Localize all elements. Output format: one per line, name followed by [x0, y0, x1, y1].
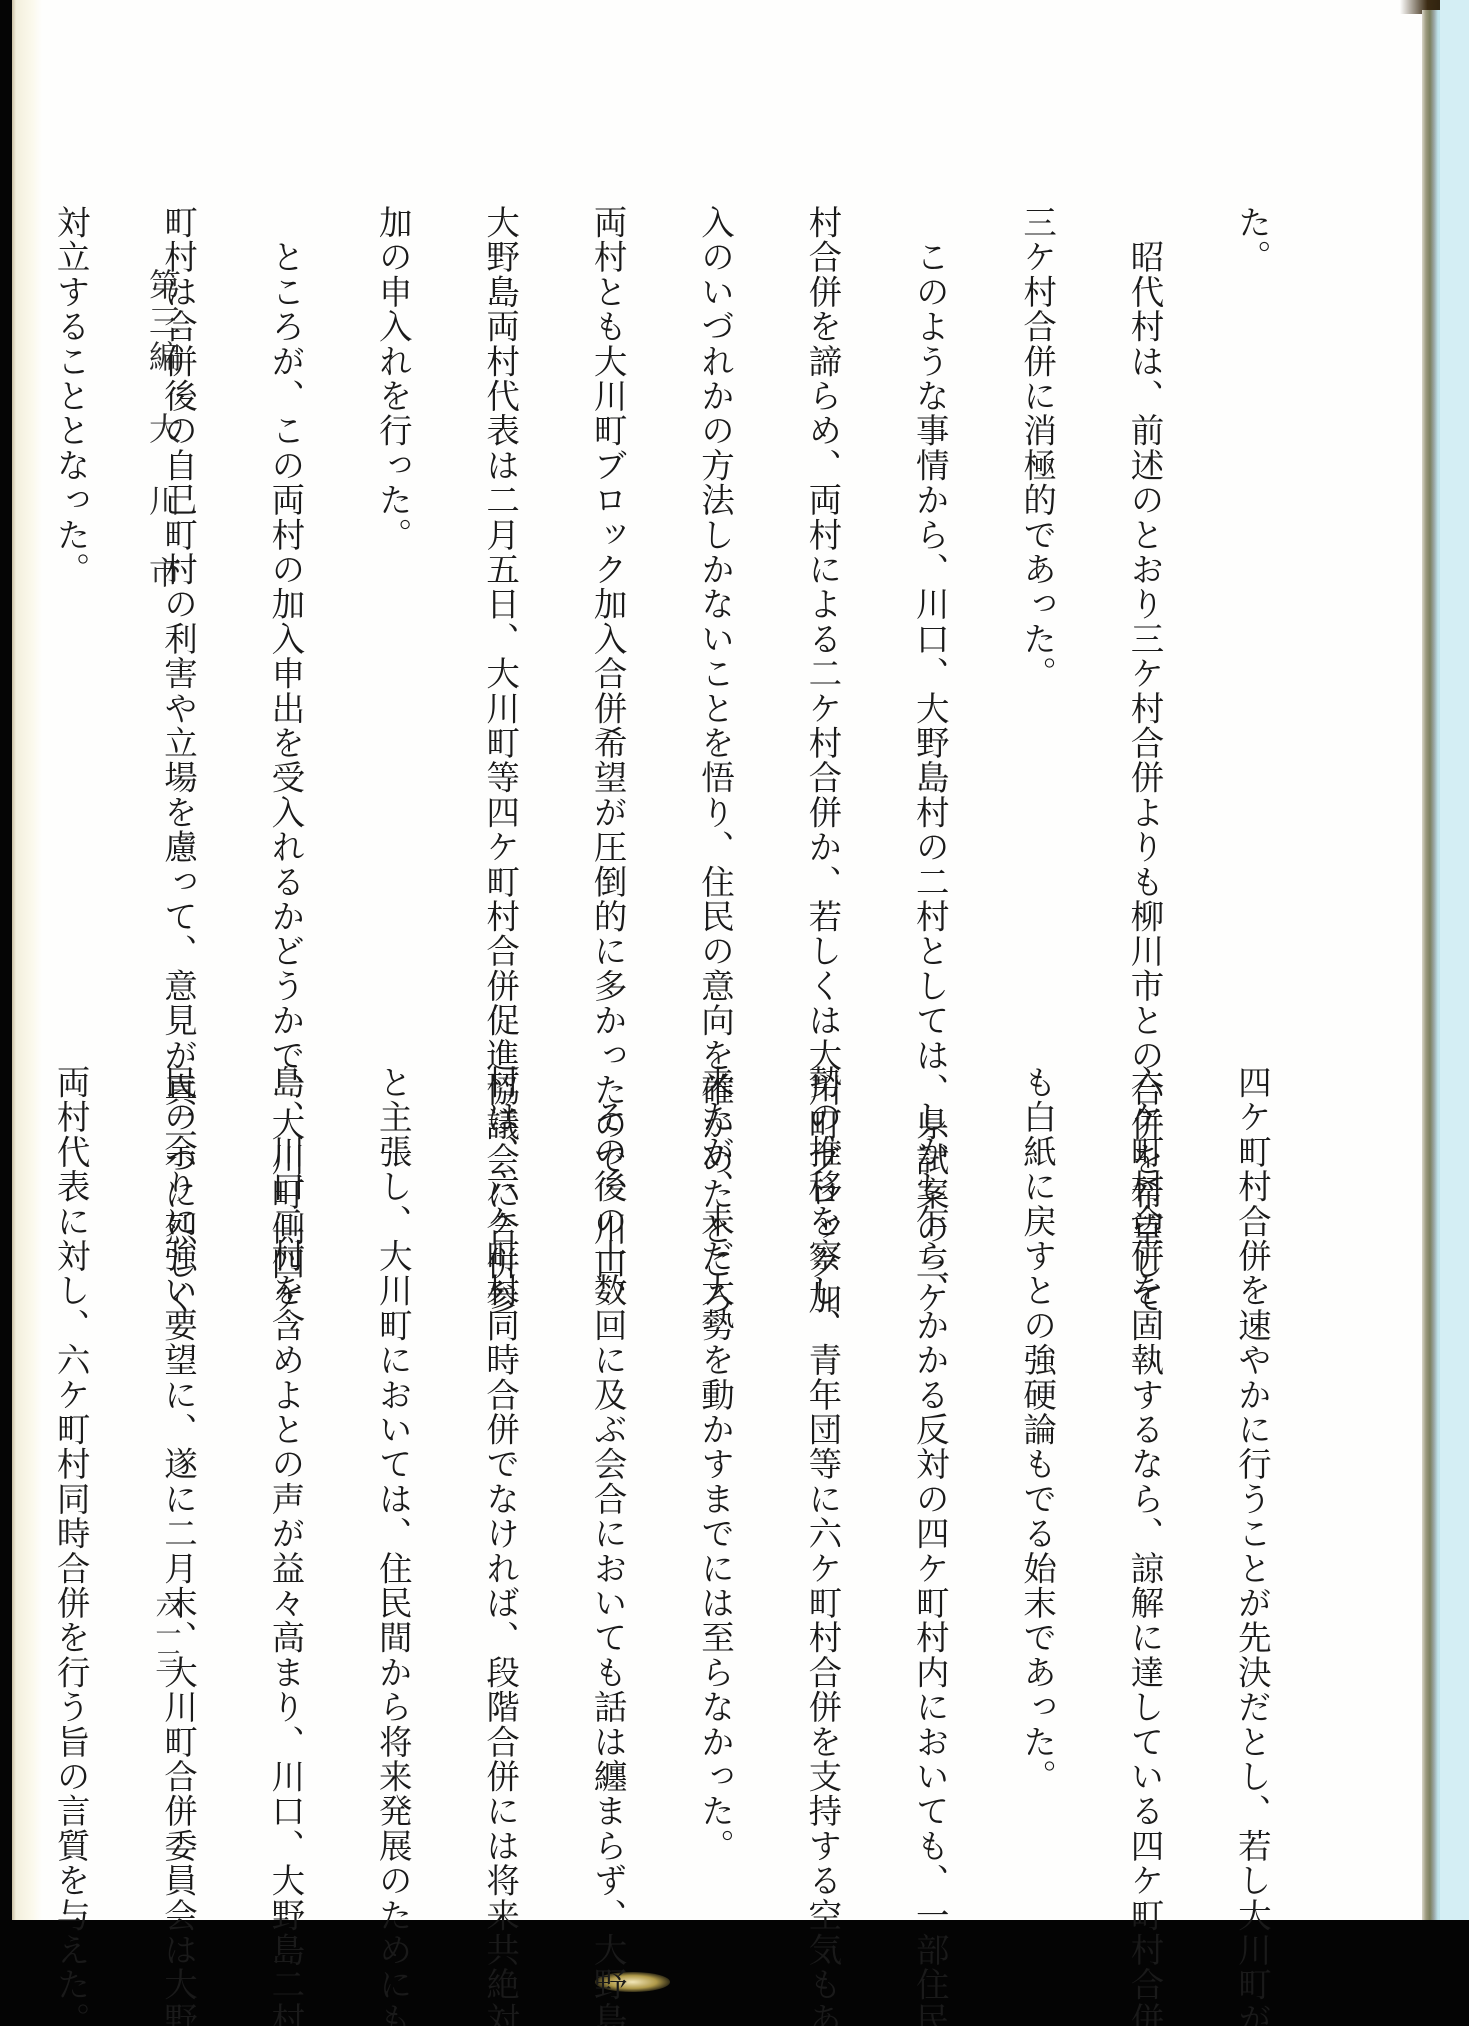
text-column: 昭代村は、前述のとおり三ケ村合併よりも柳川市との合併を希望して	[1126, 205, 1162, 1035]
book-spine-shadow	[1422, 10, 1440, 1925]
text-column: 村は、六ケ町村同時合併でなければ、段階合併には将来共絶対に応じぬ	[482, 1065, 518, 1875]
text-column: 民の余りに強い要望に、遂に二月末、大川町合併委員会は大野島、川口	[160, 1065, 196, 1875]
text-column: 加の申入れを行った。	[374, 205, 410, 1035]
text-column: しかし乍ら、かかる反対の四ケ町村内においても、一部住民間には時	[911, 1065, 947, 1875]
text-column: 対立することとなった。	[52, 205, 88, 1035]
text-column: ところが、この両村の加入申出を受入れるかどうかで、大川町側四ケ	[267, 205, 303, 1035]
text-column: その後の十数回に及ぶ会合においても話は纏まらず、大野島、川口両	[589, 1065, 625, 1875]
text-column: も白紙に戻すとの強硬論もでる始末であった。	[1019, 1065, 1055, 1875]
lower-text-section: 四ケ町村合併を速やかに行うことが先決だとし、若し大川町が飽くまで 六ケ町村合併を…	[0, 1065, 1341, 1875]
text-column: 大野島両村代表は二月五日、大川町等四ケ町村合併促進協議会に合併参	[482, 205, 518, 1035]
scan-border-right	[1440, 0, 1469, 2026]
text-column: 四ケ町村合併を速やかに行うことが先決だとし、若し大川町が飽くまで	[1234, 1065, 1270, 1875]
text-column: 両村とも大川町ブロック加入合併希望が圧倒的に多かったので、川口、	[589, 205, 625, 1035]
upper-text-section: た。 昭代村は、前述のとおり三ケ村合併よりも柳川市との合併を希望して 三ケ村合併…	[0, 205, 1341, 1035]
text-column: 町村は合併後の自己町村の利害や立場を慮って、意見が真二つに烈しく	[160, 205, 196, 1035]
text-column: た。	[1234, 205, 1270, 1035]
text-column: 両村代表に対し、六ケ町村同時合併を行う旨の言質を与えた。	[52, 1065, 88, 1875]
text-column: 島、川口二村を含めよとの声が益々高まり、川口、大野島二村や地元住	[267, 1065, 303, 1875]
text-column: と主張し、大川町においては、住民間から将来発展のためにも是非大野	[374, 1065, 410, 1875]
text-column: 勢の推移を察し、青年団等に六ケ町村合併を支持する空気もあらわれて	[804, 1065, 840, 1875]
text-column: 入のいづれかの方法しかないことを悟り、住民の意向を確かめたところ	[697, 205, 733, 1035]
text-column: 三ケ村合併に消極的であった。	[1019, 205, 1055, 1035]
text-column: 来たが、未だ大勢を動かすまでには至らなかった。	[697, 1065, 733, 1875]
text-column: このような事情から、川口、大野島村の二村としては、県試案の三ケ	[911, 205, 947, 1035]
text-column: 村合併を諦らめ、両村による二ケ村合併か、若しくは大川町ブロック加	[804, 205, 840, 1035]
text-column: 六ケ町村合併を固執するなら、諒解に達している四ケ町村合併について	[1126, 1065, 1162, 1875]
